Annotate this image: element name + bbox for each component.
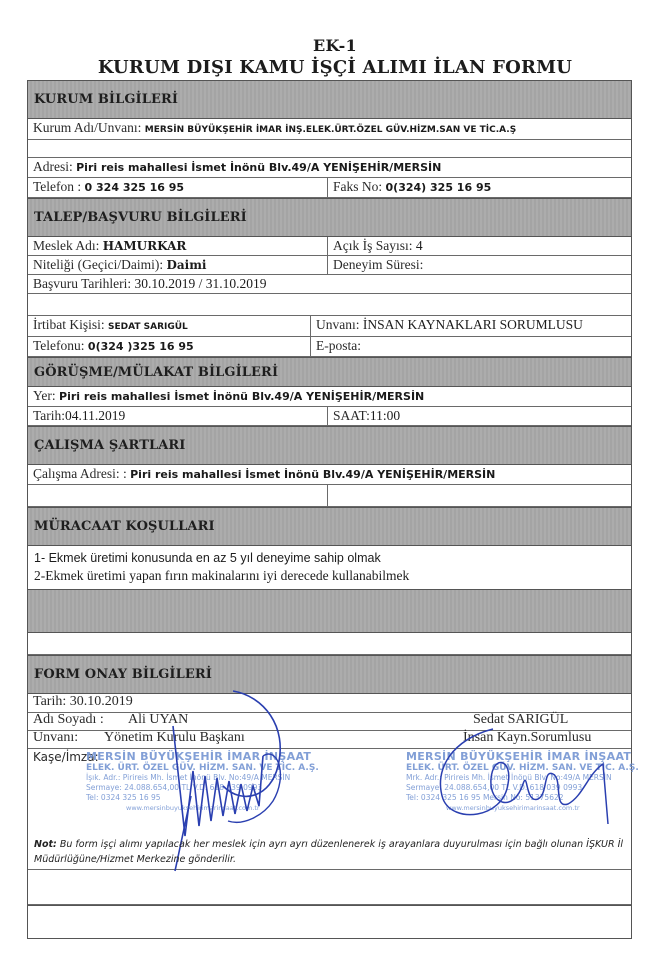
address-label: Adresi: [33, 159, 76, 174]
work-address-row: Çalışma Adresi: : Piri reis mahallesi İs… [28, 465, 631, 485]
document-title-block: EK-1 KURUM DIŞI KAMU İŞÇİ ALIMI İLAN FOR… [0, 36, 670, 80]
fax-value: 0(324) 325 16 95 [386, 181, 492, 194]
document-code: EK-1 [0, 36, 670, 56]
right-signer-name: Sedat SARIGÜL [473, 712, 568, 728]
empty-row [28, 485, 631, 507]
contact-label: İrtibat Kişisi: [33, 317, 108, 332]
contact-phone-row: Telefonu: 0(324 )325 16 95 E-posta: [28, 337, 631, 357]
approver-title-value: Yönetim Kurulu Başkanı [104, 730, 245, 746]
empty-row [28, 633, 631, 655]
fax-label: Faks No: [333, 179, 386, 194]
type-value: Daimi [166, 258, 206, 272]
contact-title-label: Unvanı: [316, 317, 363, 332]
section-header-mulakat: GÖRÜŞME/MÜLAKAT BİLGİLERİ [28, 357, 631, 387]
type-label: Niteliği (Geçici/Daimi): [33, 257, 166, 272]
right-company-stamp: MERSİN BÜYÜKŞEHİR İMAR İNŞAAT ELEK. ÜRT.… [406, 750, 639, 813]
document-title: KURUM DIŞI KAMU İŞÇİ ALIMI İLAN FORMU [0, 56, 670, 80]
conditions-list: 1- Ekmek üretimi konusunda en az 5 yıl d… [28, 546, 631, 589]
approval-date: Tarih: 30.10.2019 [33, 694, 133, 710]
application-dates-label: Başvuru Tarihleri: [33, 276, 135, 291]
profession-label: Meslek Adı: [33, 238, 103, 253]
work-address-value: Piri reis mahallesi İsmet İnönü Blv.49/A… [130, 468, 495, 481]
condition-item: 2-Ekmek üretimi yapan fırın makinalarını… [28, 567, 631, 586]
interview-datetime-row: Tarih:04.11.2019 SAAT:11:00 [28, 407, 631, 426]
profession-row: Meslek Adı: HAMURKAR Açık İş Sayısı: 4 [28, 237, 631, 256]
form-note: Not: Bu form işçi alımı yapılacak her me… [34, 837, 629, 867]
gray-separator [28, 589, 631, 633]
section-header-muracaat: MÜRACAAT KOŞULLARI [28, 507, 631, 546]
empty-row [28, 869, 631, 905]
section-header-kurum: KURUM BİLGİLERİ [28, 80, 631, 119]
approver-name-value: Ali UYAN [128, 712, 188, 728]
type-row: Niteliği (Geçici/Daimi): Daimi Deneyim S… [28, 256, 631, 275]
interview-place-label: Yer: [33, 388, 59, 403]
approver-name-label: Adı Soyadı : [33, 712, 104, 728]
empty-footer-row [28, 905, 631, 938]
contact-phone-label: Telefonu: [33, 338, 88, 353]
application-dates-row: Başvuru Tarihleri: 30.10.2019 / 31.10.20… [28, 275, 631, 294]
left-company-stamp: MERSİN BÜYÜKŞEHİR İMAR İNŞAAT ELEK. ÜRT.… [86, 750, 319, 813]
application-dates-value: 30.10.2019 / 31.10.2019 [135, 276, 267, 291]
section-header-onay: FORM ONAY BİLGİLERİ [28, 655, 631, 694]
address-value: Piri reis mahallesi İsmet İnönü Blv.49/A… [76, 161, 441, 174]
section-header-calisma: ÇALIŞMA ŞARTLARI [28, 426, 631, 465]
contact-value: SEDAT SARIGÜL [108, 322, 188, 332]
interview-date-value: 04.11.2019 [65, 408, 125, 423]
interview-time-value: 11:00 [370, 408, 400, 423]
approval-block: Tarih: 30.10.2019 Adı Soyadı : Ali UYAN … [28, 694, 631, 869]
announcement-form: KURUM BİLGİLERİ Kurum Adı/Unvanı: MERSİN… [27, 80, 632, 939]
phone-value: 0 324 325 16 95 [85, 181, 185, 194]
condition-item: 1- Ekmek üretimi konusunda en az 5 yıl d… [28, 549, 631, 567]
institution-name-value: MERSİN BÜYÜKŞEHİR İMAR İNŞ.ELEK.ÜRT.ÖZEL… [145, 125, 516, 135]
interview-place-value: Piri reis mahallesi İsmet İnönü Blv.49/A… [59, 390, 424, 403]
email-label: E-posta: [316, 338, 361, 353]
empty-row [28, 294, 631, 316]
contact-row: İrtibat Kişisi: SEDAT SARIGÜL Unvanı: İN… [28, 316, 631, 337]
openings-value: 4 [416, 238, 423, 253]
work-address-label: Çalışma Adresi: : [33, 466, 130, 481]
interview-place-row: Yer: Piri reis mahallesi İsmet İnönü Blv… [28, 387, 631, 407]
empty-row [28, 140, 631, 158]
interview-time-label: SAAT: [333, 408, 370, 423]
contact-phone-value: 0(324 )325 16 95 [88, 340, 194, 353]
institution-name-label: Kurum Adı/Unvanı: [33, 120, 145, 135]
institution-name-row: Kurum Adı/Unvanı: MERSİN BÜYÜKŞEHİR İMAR… [28, 119, 631, 140]
interview-date-label: Tarih: [33, 408, 65, 423]
openings-label: Açık İş Sayısı: [333, 238, 416, 253]
approver-title-label: Unvanı: [33, 730, 78, 746]
phone-label: Telefon : [33, 179, 85, 194]
address-row: Adresi: Piri reis mahallesi İsmet İnönü … [28, 158, 631, 178]
experience-label: Deneyim Süresi: [333, 257, 423, 272]
contact-title-value: İNSAN KAYNAKLARI SORUMLUSU [363, 317, 583, 332]
right-signer-title: İnsan Kayn.Sorumlusu [463, 730, 591, 746]
profession-value: HAMURKAR [103, 239, 187, 253]
section-header-talep: TALEP/BAŞVURU BİLGİLERİ [28, 198, 631, 237]
phone-fax-row: Telefon : 0 324 325 16 95 Faks No: 0(324… [28, 178, 631, 198]
